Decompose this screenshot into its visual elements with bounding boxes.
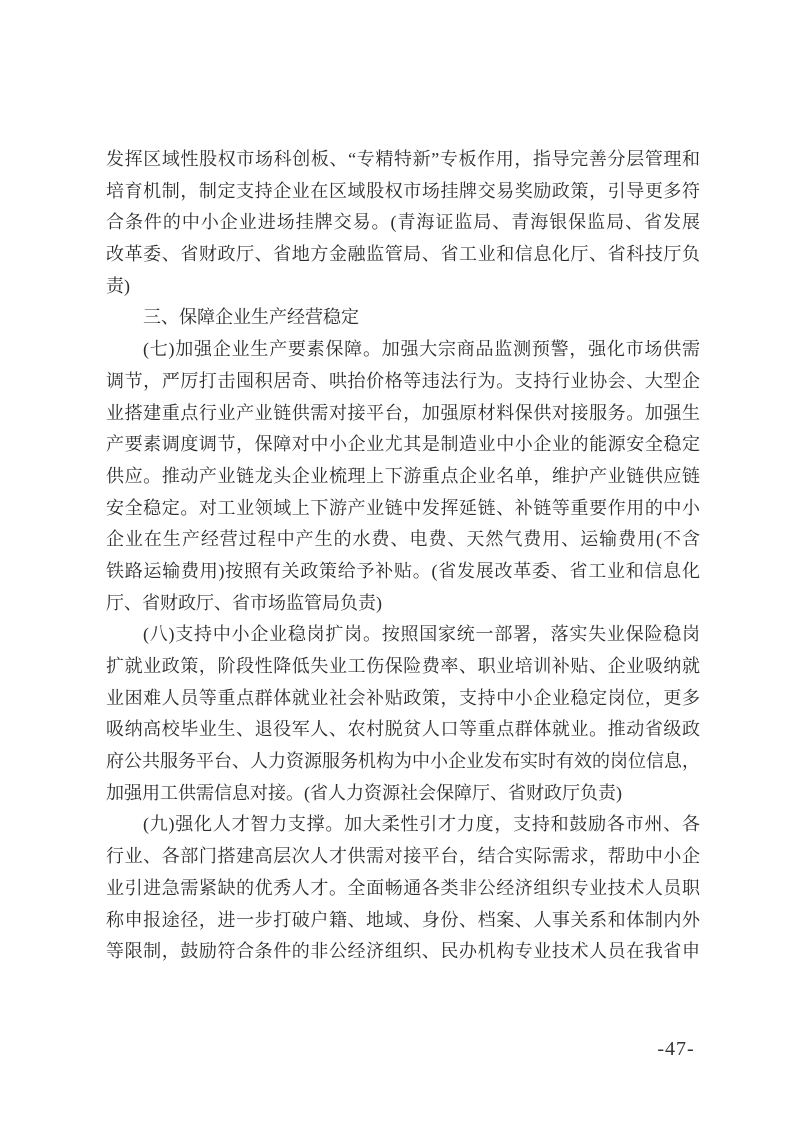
section-heading-block: 三、保障企业生产经营稳定 <box>106 302 700 334</box>
text-line: 调节，严厉打击囤积居奇、哄抬价格等违法行为。支持行业协会、大型企 <box>106 366 700 398</box>
paragraph-item-8: (八)支持中小企业稳岗扩岗。按照国家统一部署，落实失业保险稳岗 扩就业政策，阶段… <box>106 619 700 809</box>
page-number: -47- <box>652 1038 700 1061</box>
paragraph-item-9: (九)强化人才智力支撑。加大柔性引才力度，支持和鼓励各市州、各 行业、各部门搭建… <box>106 809 700 967</box>
paragraph-item-7: (七)加强企业生产要素保障。加强大宗商品监测预警，强化市场供需 调节，严厉打击囤… <box>106 334 700 619</box>
text-line: 行业、各部门搭建高层次人才供需对接平台，结合实际需求，帮助中小企 <box>106 841 700 873</box>
text-line: 企业在生产经营过程中产生的水费、电费、天然气费用、运输费用(不含 <box>106 524 700 556</box>
section-heading: 三、保障企业生产经营稳定 <box>106 302 700 334</box>
text-line: 铁路运输费用)按照有关政策给予补贴。(省发展改革委、省工业和信息化 <box>106 556 700 588</box>
text-line: 发挥区域性股权市场科创板、“专精特新”专板作用，指导完善分层管理和 <box>106 144 700 176</box>
text-line: 培育机制，制定支持企业在区域股权市场挂牌交易奖励政策，引导更多符 <box>106 176 700 208</box>
text-line: 合条件的中小企业进场挂牌交易。(青海证监局、青海银保监局、省发展 <box>106 207 700 239</box>
text-line: 业引进急需紧缺的优秀人才。全面畅通各类非公经济组织专业技术人员职 <box>106 873 700 905</box>
document-page: 发挥区域性股权市场科创板、“专精特新”专板作用，指导完善分层管理和 培育机制，制… <box>0 0 793 1122</box>
text-line: 厅、省财政厅、省市场监管局负责) <box>106 588 700 620</box>
text-line: 扩就业政策，阶段性降低失业工伤保险费率、职业培训补贴、企业吸纳就 <box>106 651 700 683</box>
text-line: 产要素调度调节，保障对中小企业尤其是制造业中小企业的能源安全稳定 <box>106 429 700 461</box>
text-line: 业搭建重点行业产业链供需对接平台，加强原材料保供对接服务。加强生 <box>106 398 700 430</box>
text-line: 等限制，鼓励符合条件的非公经济组织、民办机构专业技术人员在我省申 <box>106 936 700 968</box>
text-line: (九)强化人才智力支撑。加大柔性引才力度，支持和鼓励各市州、各 <box>106 809 700 841</box>
text-line: 加强用工供需信息对接。(省人力资源社会保障厅、省财政厅负责) <box>106 778 700 810</box>
text-line: 称申报途径，进一步打破户籍、地域、身份、档案、人事关系和体制内外 <box>106 905 700 937</box>
text-line: 吸纳高校毕业生、退役军人、农村脱贫人口等重点群体就业。推动省级政 <box>106 714 700 746</box>
text-line: (八)支持中小企业稳岗扩岗。按照国家统一部署，落实失业保险稳岗 <box>106 619 700 651</box>
text-line: 业困难人员等重点群体就业社会补贴政策，支持中小企业稳定岗位，更多 <box>106 683 700 715</box>
document-body: 发挥区域性股权市场科创板、“专精特新”专板作用，指导完善分层管理和 培育机制，制… <box>106 144 700 968</box>
text-line: 供应。推动产业链龙头企业梳理上下游重点企业名单，维护产业链供应链 <box>106 461 700 493</box>
text-line: 改革委、省财政厅、省地方金融监管局、省工业和信息化厅、省科技厅负 <box>106 239 700 271</box>
text-line: 安全稳定。对工业领域上下游产业链中发挥延链、补链等重要作用的中小 <box>106 493 700 525</box>
text-line: 责) <box>106 271 700 303</box>
text-line: 府公共服务平台、人力资源服务机构为中小企业发布实时有效的岗位信息， <box>106 746 700 778</box>
text-line: (七)加强企业生产要素保障。加强大宗商品监测预警，强化市场供需 <box>106 334 700 366</box>
paragraph-continuation: 发挥区域性股权市场科创板、“专精特新”专板作用，指导完善分层管理和 培育机制，制… <box>106 144 700 302</box>
